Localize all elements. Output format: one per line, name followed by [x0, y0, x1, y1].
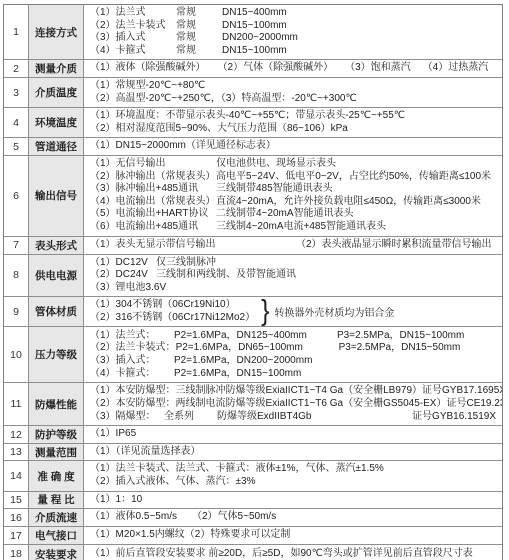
content-segment: 证号CE19.2323X: [446, 398, 502, 411]
content-line: （1）环境温度：不带显示表头-40℃~+55℃；带显示表头-25℃~+55℃: [90, 110, 496, 123]
content-line: （6）电流输出+485通讯三线制4~20mA电流+485智能通讯表头: [90, 221, 496, 234]
page: 1 连接方式 （1）法兰式常规DN15~400mm（2）法兰卡装式常规DN15~…: [0, 0, 509, 560]
row-lines: （1）液体0.5~5m/s（2）气体5~50m/s: [90, 511, 496, 524]
content-segment: （2）插入式液体、气体、蒸汽：±3%: [90, 476, 256, 489]
content-segment: （1）DC12V: [90, 257, 156, 270]
content-line: （2）316不锈钢（06Cr17Ni12Mo2）: [90, 312, 255, 325]
content-line: （3）隔爆型：全系列防爆等级ExdIIBT4Gb证号GYB16.1519X: [90, 411, 496, 424]
content-segment: （1）液体0.5~5m/s: [90, 511, 192, 524]
row-number: 13: [4, 444, 29, 461]
content-line: （2）本安防爆型：两线制电流防爆等级ExiaIICT1~T6 Ga（安全栅GS5…: [90, 398, 496, 411]
row-number: 4: [4, 108, 29, 137]
row-label: 测量介质: [29, 60, 84, 77]
row-number: 11: [4, 383, 29, 425]
row-label: 管道通径: [29, 138, 84, 155]
content-line: （1）前后直管段安装要求 前≥20D，后≥5D，如90℃弯头或扩管详见前后直管段…: [90, 548, 496, 560]
content-segment: P3=2.5MPa，DN15~100mm: [337, 330, 464, 343]
content-segment: 常规: [176, 45, 222, 58]
content-segment: （1）常规型-20℃~+80℃: [90, 80, 205, 93]
content-segment: 三线制4~20mA电流+485智能通讯表头: [216, 221, 386, 234]
content-line: （1）本安防爆型：三线制脉冲防爆等级ExiaIICT1~T4 Ga（安全栅LB9…: [90, 385, 496, 398]
row-number: 10: [4, 327, 29, 382]
row-label: 电气接口: [29, 527, 84, 544]
row-label: 防护等级: [29, 426, 84, 443]
row-label: 表头形式: [29, 237, 84, 254]
content-segment: （3）插入式：: [90, 355, 174, 368]
row-lines: （1）本安防爆型：三线制脉冲防爆等级ExiaIICT1~T4 Ga（安全栅LB9…: [90, 385, 496, 423]
table-row: 1 连接方式 （1）法兰式常规DN15~400mm（2）法兰卡装式常规DN15~…: [4, 5, 502, 60]
content-line: （2）DC24V三线制和两线制、及带智能通讯: [90, 269, 496, 282]
brace-note: 转换器外壳材质均为铝合金: [274, 304, 394, 319]
content-segment: （3）脉冲输出+485通讯: [90, 183, 216, 196]
content-segment: P2=1.6MPa，DN125~400mm: [174, 330, 337, 343]
content-segment: 常规: [176, 20, 222, 33]
content-segment: 仅电池供电、现场显示表头: [216, 158, 336, 171]
row-label: 测量范围: [29, 444, 84, 461]
row-lines: （1）法兰卡装式、法兰式、卡箍式：液体±1%，气体、蒸汽±1.5%（2）插入式液…: [90, 463, 496, 488]
content-segment: （1）1：10: [90, 494, 142, 507]
content-segment: （5）电流输出+HART协议: [90, 208, 216, 221]
row-content: （1）304不锈钢（06Cr19Ni10）（2）316不锈钢（06Cr17Ni1…: [84, 297, 502, 326]
content-line: （3）脉冲输出+485通讯三线制带485智能通讯表头: [90, 183, 496, 196]
row-label: 连接方式: [29, 5, 84, 59]
row-label: 准 确 度: [29, 461, 84, 490]
content-segment: （2）气体（除强酸碱外）: [218, 62, 334, 75]
content-segment: （1）（详见流量选择表）: [90, 446, 201, 459]
row-number: 6: [4, 156, 29, 236]
content-segment: （1）前后直管段安装要求 前≥20D，后≥5D，如90℃弯头或扩管详见前后直管段…: [90, 548, 473, 560]
row-number: 7: [4, 237, 29, 254]
table-row: 7 表头形式 （1）表头无显示带信号输出（2）表头液晶显示瞬时累积流量带信号输出: [4, 237, 502, 255]
row-lines: （1）DC12V仅三线制脉冲（2）DC24V三线制和两线制、及带智能通讯（3）锂…: [90, 257, 496, 295]
content-segment: 防爆等级ExdIIBT4Gb: [217, 411, 311, 424]
row-lines: （1）IP65: [90, 428, 496, 441]
content-segment: （1）表头无显示带信号输出: [90, 239, 296, 252]
row-number: 18: [4, 545, 29, 560]
table-row: 14 准 确 度 （1）法兰卡装式、法兰式、卡箍式：液体±1%，气体、蒸汽±1.…: [4, 461, 502, 491]
row-label: 环境温度: [29, 108, 84, 137]
row-number: 14: [4, 461, 29, 490]
content-segment: 仅三线制脉冲: [156, 257, 216, 270]
brace-glyph: }: [261, 298, 269, 327]
content-line: （1）法兰卡装式、法兰式、卡箍式：液体±1%，气体、蒸汽±1.5%: [90, 463, 496, 476]
content-line: （5）电流输出+HART协议二线制带4~20mA智能通讯表头: [90, 208, 496, 221]
row-content: （1）液体（除强酸碱外）（2）气体（除强酸碱外）（3）饱和蒸汽（4）过热蒸汽: [84, 60, 502, 77]
content-line: （4）电流输出（常规表头）直流4~20mA，允许外接负载电阻≤450Ω，传输距离…: [90, 196, 496, 209]
row-content: （1）环境温度：不带显示表头-40℃~+55℃；带显示表头-25℃~+55℃（2…: [84, 108, 502, 137]
content-segment: （2）气体5~50m/s: [192, 511, 276, 524]
row-content: （1）法兰式：P2=1.6MPa，DN125~400mmP3=2.5MPa，DN…: [84, 327, 502, 382]
content-segment: （6）电流输出+485通讯: [90, 221, 216, 234]
content-line: （2）脉冲输出（常规表头）高电平5~24V、低电平0~2V，占空比约50%，传输…: [90, 171, 496, 184]
content-line: （2）法兰卡装式：P2=1.6MPa，DN65~100mmP3=2.5MPa，D…: [90, 342, 496, 355]
content-segment: DN15~100mm: [222, 20, 287, 33]
row-number: 16: [4, 509, 29, 526]
content-line: （1）DC12V仅三线制脉冲: [90, 257, 496, 270]
row-lines: （1）无信号输出仅电池供电、现场显示表头（2）脉冲输出（常规表头）高电平5~24…: [90, 158, 496, 234]
content-line: （1）法兰式常规DN15~400mm: [90, 7, 496, 20]
content-line: （1）无信号输出仅电池供电、现场显示表头: [90, 158, 496, 171]
content-segment: （1）无信号输出: [90, 158, 216, 171]
table-row: 8 供电电源 （1）DC12V仅三线制脉冲（2）DC24V三线制和两线制、及带智…: [4, 255, 502, 298]
content-line: （1）液体（除强酸碱外）（2）气体（除强酸碱外）（3）饱和蒸汽（4）过热蒸汽: [90, 62, 496, 75]
row-label: 供电电源: [29, 255, 84, 297]
content-line: （1）液体0.5~5m/s（2）气体5~50m/s: [90, 511, 496, 524]
content-segment: （1）法兰卡装式、法兰式、卡箍式：液体±1%，气体、蒸汽±1.5%: [90, 463, 384, 476]
row-content: （1）常规型-20℃~+80℃（2）高温型-20℃~+250℃，（3）特高温型：…: [84, 78, 502, 107]
row-lines: （1）常规型-20℃~+80℃（2）高温型-20℃~+250℃，（3）特高温型：…: [90, 80, 496, 105]
content-segment: （2）表头液晶显示瞬时累积流量带信号输出: [296, 239, 492, 252]
table-row: 13 测量范围 （1）（详见流量选择表）: [4, 444, 502, 462]
row-label: 安装要求: [29, 545, 84, 560]
content-segment: （4）过热蒸汽: [423, 62, 489, 75]
content-segment: （1）M20×1.5内螺纹: [90, 529, 185, 542]
content-segment: 常规: [176, 32, 222, 45]
content-segment: 证号GYB17.1695X: [422, 385, 502, 398]
row-number: 8: [4, 255, 29, 297]
row-label: 介质温度: [29, 78, 84, 107]
content-segment: （1）本安防爆型：三线制脉冲: [90, 385, 226, 398]
content-line: （4）卡箍式：P2=1.6MPa，DN15~100mm: [90, 368, 496, 381]
row-number: 15: [4, 492, 29, 509]
content-segment: P2=1.6MPa，DN15~100mm: [174, 368, 337, 381]
table-row: 10 压力等级 （1）法兰式：P2=1.6MPa，DN125~400mmP3=2…: [4, 327, 502, 383]
row-lines: （1）M20×1.5内螺纹（2）特殊要求可以定制: [90, 529, 496, 542]
content-segment: （1）304不锈钢（06Cr19Ni10）: [90, 299, 236, 312]
row-lines: （1）1：10: [90, 494, 496, 507]
content-line: （1）304不锈钢（06Cr19Ni10）: [90, 299, 255, 312]
content-segment: 二线制带4~20mA智能通讯表头: [216, 208, 354, 221]
row-content: （1）无信号输出仅电池供电、现场显示表头（2）脉冲输出（常规表头）高电平5~24…: [84, 156, 502, 236]
content-segment: （2）316不锈钢（06Cr17Ni12Mo2）: [90, 312, 255, 325]
row-label: 量 程 比: [29, 492, 84, 509]
row-number: 12: [4, 426, 29, 443]
content-segment: 证号GYB16.1519X: [412, 411, 496, 424]
row-content: （1）前后直管段安装要求 前≥20D，后≥5D，如90℃弯头或扩管详见前后直管段…: [84, 545, 502, 560]
content-line: （1）法兰式：P2=1.6MPa，DN125~400mmP3=2.5MPa，DN…: [90, 330, 496, 343]
content-segment: （3）插入式: [90, 32, 176, 45]
content-segment: （4）卡箍式：: [90, 368, 174, 381]
row-lines: （1）法兰式常规DN15~400mm（2）法兰卡装式常规DN15~100mm（3…: [90, 7, 496, 57]
content-segment: （2）法兰卡装式: [90, 20, 176, 33]
table-row: 11 防爆性能 （1）本安防爆型：三线制脉冲防爆等级ExiaIICT1~T4 G…: [4, 383, 502, 426]
row-content: （1）IP65: [84, 426, 502, 443]
table-row: 15 量 程 比 （1）1：10: [4, 492, 502, 510]
content-line: （4）卡箍式常规DN15~100mm: [90, 45, 496, 58]
row-label: 介质流速: [29, 509, 84, 526]
table-row: 17 电气接口 （1）M20×1.5内螺纹（2）特殊要求可以定制: [4, 527, 502, 545]
content-segment: （4）电流输出（常规表头）: [90, 196, 216, 209]
content-segment: 全系列: [164, 411, 217, 424]
content-segment: （1）法兰式：: [90, 330, 174, 343]
content-segment: （2）脉冲输出（常规表头）: [90, 171, 216, 184]
table-row: 12 防护等级 （1）IP65: [4, 426, 502, 444]
content-segment: （4）卡箍式: [90, 45, 176, 58]
content-segment: （2）DC24V: [90, 269, 156, 282]
content-line: （3）插入式常规DN200~2000mm: [90, 32, 496, 45]
row-content: （1）DN15~2000mm（详见通径标志表）: [84, 138, 502, 155]
row-content: （1）M20×1.5内螺纹（2）特殊要求可以定制: [84, 527, 502, 544]
row-lines: （1）（详见流量选择表）: [90, 446, 496, 459]
row-number: 1: [4, 5, 29, 59]
content-line: （1）表头无显示带信号输出（2）表头液晶显示瞬时累积流量带信号输出: [90, 239, 496, 252]
content-line: （2）插入式液体、气体、蒸汽：±3%: [90, 476, 496, 489]
row-content: （1）液体0.5~5m/s（2）气体5~50m/s: [84, 509, 502, 526]
content-segment: 常规: [176, 7, 222, 20]
content-line: （1）IP65: [90, 428, 496, 441]
table-row: 4 环境温度 （1）环境温度：不带显示表头-40℃~+55℃；带显示表头-25℃…: [4, 108, 502, 138]
row-lines: （1）前后直管段安装要求 前≥20D，后≥5D，如90℃弯头或扩管详见前后直管段…: [90, 548, 496, 560]
row-lines: （1）环境温度：不带显示表头-40℃~+55℃；带显示表头-25℃~+55℃（2…: [90, 110, 496, 135]
content-line: （1）（详见流量选择表）: [90, 446, 496, 459]
content-segment: 三线制带485智能通讯表头: [216, 183, 333, 196]
table-row: 18 安装要求 （1）前后直管段安装要求 前≥20D，后≥5D，如90℃弯头或扩…: [4, 545, 502, 560]
content-segment: 高电平5~24V、低电平0~2V，占空比约50%，传输距离≤100米: [216, 171, 491, 184]
spec-table: 1 连接方式 （1）法兰式常规DN15~400mm（2）法兰卡装式常规DN15~…: [3, 4, 503, 560]
content-segment: 防爆等级ExiaIICT1~T4 Ga（安全栅LB979）: [226, 385, 422, 398]
row-label: 防爆性能: [29, 383, 84, 425]
content-segment: （3）隔爆型：: [90, 411, 164, 424]
table-row: 5 管道通径 （1）DN15~2000mm（详见通径标志表）: [4, 138, 502, 156]
content-line: （1）DN15~2000mm（详见通径标志表）: [90, 140, 496, 153]
table-row: 3 介质温度 （1）常规型-20℃~+80℃（2）高温型-20℃~+250℃，（…: [4, 78, 502, 108]
row-content: （1）DC12V仅三线制脉冲（2）DC24V三线制和两线制、及带智能通讯（3）锂…: [84, 255, 502, 297]
content-segment: （1）IP65: [90, 428, 136, 441]
row-content: （1）本安防爆型：三线制脉冲防爆等级ExiaIICT1~T4 Ga（安全栅LB9…: [84, 383, 502, 425]
row-label: 管体材质: [29, 297, 84, 326]
row-content: （1）法兰式常规DN15~400mm（2）法兰卡装式常规DN15~100mm（3…: [84, 5, 502, 59]
row-number: 2: [4, 60, 29, 77]
content-line: （2）高温型-20℃~+250℃，（3）特高温型：-20℃~+300℃: [90, 93, 496, 106]
content-segment: （1）液体（除强酸碱外）: [90, 62, 206, 75]
row-number: 3: [4, 78, 29, 107]
content-segment: DN15~400mm: [222, 7, 287, 20]
content-segment: （3）锂电池3.6V: [90, 282, 166, 295]
row-number: 9: [4, 297, 29, 326]
content-segment: DN15~100mm: [222, 45, 287, 58]
row-number: 5: [4, 138, 29, 155]
row-lines: （1）DN15~2000mm（详见通径标志表）: [90, 140, 496, 153]
row-lines: （1）液体（除强酸碱外）（2）气体（除强酸碱外）（3）饱和蒸汽（4）过热蒸汽: [90, 62, 496, 75]
content-segment: P3=2.5MPa，DN15~50mm: [339, 342, 461, 355]
content-segment: P2=1.6MPa，DN200~2000mm: [174, 355, 337, 368]
row-label: 压力等级: [29, 327, 84, 382]
row-lines: （1）表头无显示带信号输出（2）表头液晶显示瞬时累积流量带信号输出: [90, 239, 496, 252]
row-label: 输出信号: [29, 156, 84, 236]
content-segment: （2）本安防爆型：两线制电流: [90, 398, 226, 411]
content-line: （2）法兰卡装式常规DN15~100mm: [90, 20, 496, 33]
row-content: （1）1：10: [84, 492, 502, 509]
content-line: （1）M20×1.5内螺纹（2）特殊要求可以定制: [90, 529, 496, 542]
content-line: （1）1：10: [90, 494, 496, 507]
content-segment: 直流4~20mA，允许外接负载电阻≤450Ω，传输距离≤3000米: [216, 196, 481, 209]
content-segment: （2）相对湿度范围5~90%、大气压力范围（86~106）kPa: [90, 123, 348, 136]
content-segment: （2）特殊要求可以定制: [185, 529, 291, 542]
table-row: 9 管体材质 （1）304不锈钢（06Cr19Ni10）（2）316不锈钢（06…: [4, 297, 502, 327]
content-segment: （2）法兰卡装式：: [90, 342, 176, 355]
content-segment: （1）DN15~2000mm（详见通径标志表）: [90, 140, 276, 153]
row-content: （1）表头无显示带信号输出（2）表头液晶显示瞬时累积流量带信号输出: [84, 237, 502, 254]
content-segment: （1）法兰式: [90, 7, 176, 20]
table-row: 16 介质流速 （1）液体0.5~5m/s（2）气体5~50m/s: [4, 509, 502, 527]
content-line: （1）常规型-20℃~+80℃: [90, 80, 496, 93]
content-segment: （3）饱和蒸汽: [345, 62, 411, 75]
table-row: 6 输出信号 （1）无信号输出仅电池供电、现场显示表头（2）脉冲输出（常规表头）…: [4, 156, 502, 237]
content-segment: DN200~2000mm: [222, 32, 298, 45]
content-segment: （1）环境温度：不带显示表头-40℃~+55℃；带显示表头-25℃~+55℃: [90, 110, 405, 123]
row-content: （1）（详见流量选择表）: [84, 444, 502, 461]
row-content: （1）法兰卡装式、法兰式、卡箍式：液体±1%，气体、蒸汽±1.5%（2）插入式液…: [84, 461, 502, 490]
content-line: （3）锂电池3.6V: [90, 282, 496, 295]
content-segment: 防爆等级ExiaIICT1~T6 Ga（安全栅GS5045-EX）: [226, 398, 447, 411]
content-line: （3）插入式：P2=1.6MPa，DN200~2000mm: [90, 355, 496, 368]
content-segment: 三线制和两线制、及带智能通讯: [156, 269, 296, 282]
row-lines: （1）304不锈钢（06Cr19Ni10）（2）316不锈钢（06Cr17Ni1…: [90, 299, 255, 324]
content-segment: P2=1.6MPa，DN65~100mm: [176, 342, 339, 355]
row-number: 17: [4, 527, 29, 544]
content-line: （2）相对湿度范围5~90%、大气压力范围（86~106）kPa: [90, 123, 496, 136]
content-segment: （2）高温型-20℃~+250℃，（3）特高温型：-20℃~+300℃: [90, 93, 357, 106]
row-lines: （1）法兰式：P2=1.6MPa，DN125~400mmP3=2.5MPa，DN…: [90, 330, 496, 380]
table-row: 2 测量介质 （1）液体（除强酸碱外）（2）气体（除强酸碱外）（3）饱和蒸汽（4…: [4, 60, 502, 78]
